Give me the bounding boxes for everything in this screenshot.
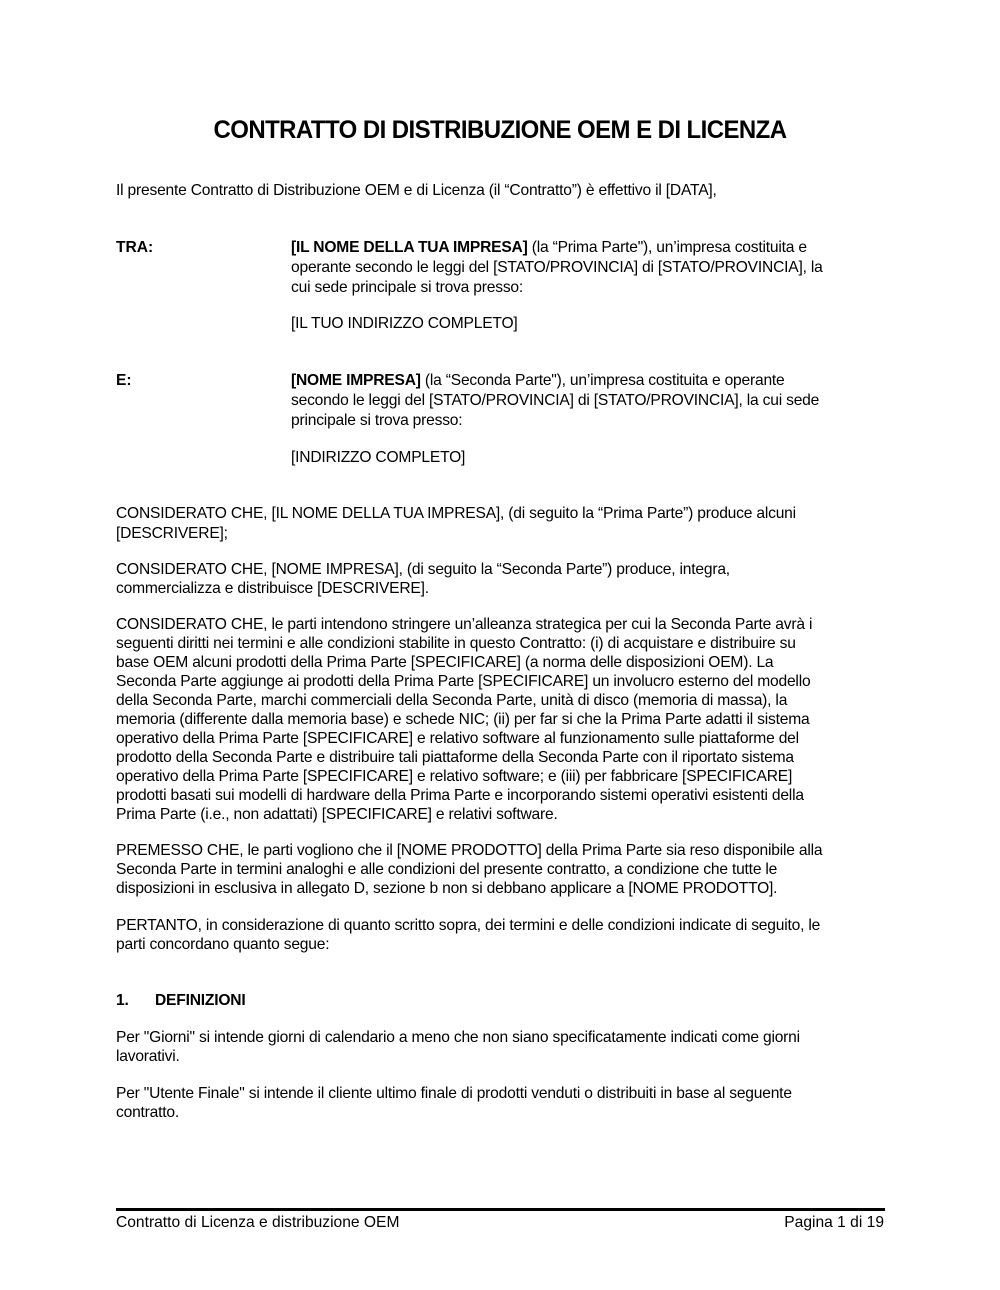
party2-label: E: (116, 372, 132, 390)
footer-page-number: Pagina 1 di 19 (784, 1214, 884, 1232)
footer-divider (116, 1208, 885, 1211)
party1-name: [IL NOME DELLA TUA IMPRESA] (291, 239, 528, 256)
party1-line-2: cui sede principale si trova presso: (291, 279, 523, 297)
section-heading: DEFINIZIONI (155, 992, 246, 1010)
party1-address: [IL TUO INDIRIZZO COMPLETO] (291, 315, 518, 333)
party1-label: TRA: (116, 239, 153, 257)
party2-line-2: principale si trova presso: (291, 412, 462, 430)
party2-line-1: secondo le leggi del [STATO/PROVINCIA] d… (291, 392, 819, 410)
party2-line-0: [NOME IMPRESA] (la “Seconda Parte"), un’… (291, 372, 785, 390)
footer-document-name: Contratto di Licenza e distribuzione OEM (116, 1214, 399, 1232)
party2-address: [INDIRIZZO COMPLETO] (291, 449, 465, 467)
intro-paragraph: Il presente Contratto di Distribuzione O… (116, 182, 717, 200)
party1-line-1: operante secondo le leggi del [STATO/PRO… (291, 259, 823, 277)
document-title: CONTRATTO DI DISTRIBUZIONE OEM E DI LICE… (20, 116, 980, 145)
section-number: 1. (116, 992, 129, 1010)
party2-name: [NOME IMPRESA] (291, 372, 421, 389)
party1-line-0: [IL NOME DELLA TUA IMPRESA] (la “Prima P… (291, 239, 807, 257)
